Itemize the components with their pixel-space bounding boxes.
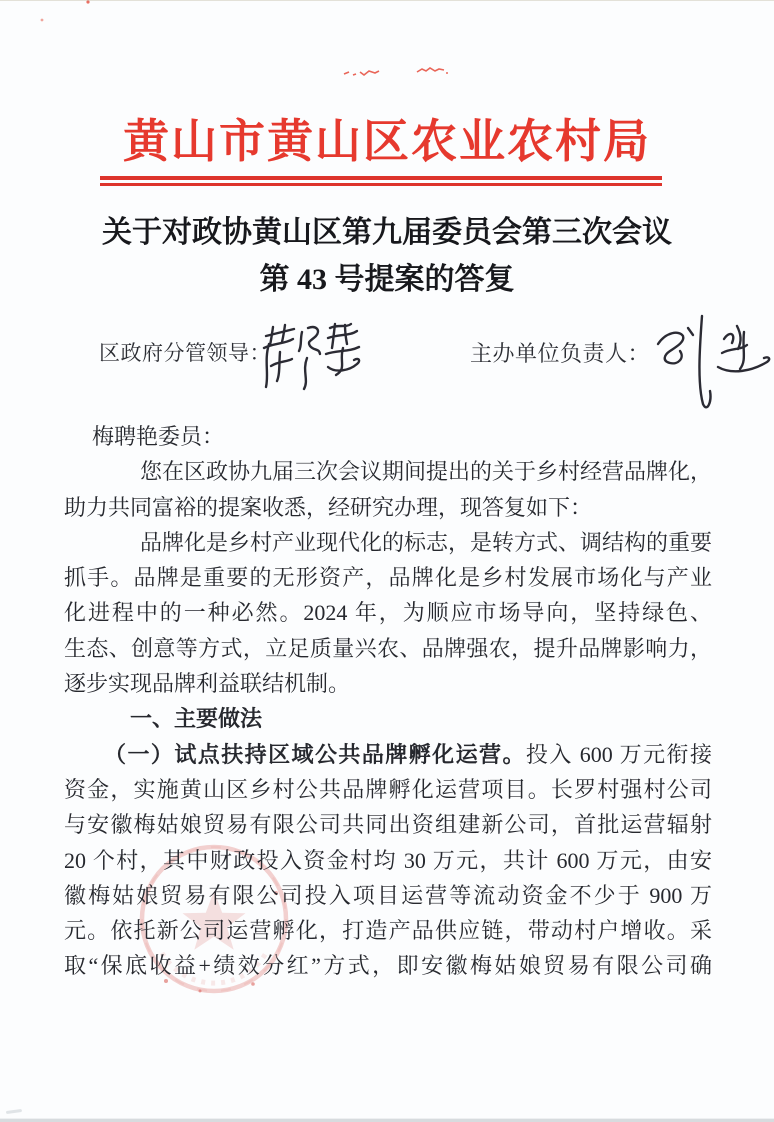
body-line: 一、主要做法: [64, 701, 712, 736]
body-segment: 化进程中的一种必然。2024 年，为顺应市场导向，坚持绿色、: [64, 600, 712, 625]
responsible-person-label: 主办单位负责人：: [470, 337, 650, 368]
body-line: 您在区政协九届三次会议期间提出的关于乡村经营品牌化，: [64, 454, 712, 489]
body-line: 助力共同富裕的提案收悉，经研究办理，现答复如下：: [64, 490, 712, 525]
body-line: 元。依托新公司运营孵化，打造产品供应链，带动村户增收。采: [64, 913, 712, 948]
body-segment: 投入 600 万元衔接: [526, 742, 712, 767]
handwritten-signature-left: [258, 314, 370, 398]
body-segment: 逐步实现品牌利益联结机制。: [64, 671, 350, 696]
body-segment: 生态、创意等方式，立足质量兴农、品牌强农，提升品牌影响力，: [64, 636, 712, 661]
letterhead-title: 黄山市黄山区农业农村局: [0, 117, 774, 167]
body-line: 20 个村，其中财政投入资金村均 30 万元，共计 600 万元，由安: [64, 843, 712, 878]
body-segment: 助力共同富裕的提案收悉，经研究办理，现答复如下：: [64, 495, 592, 520]
body-segment: 抓手。品牌是重要的无形资产，品牌化是乡村发展市场化与产业: [64, 565, 712, 590]
body-segment: 取“保底收益+绩效分红”方式，即安徽梅姑娘贸易有限公司确: [64, 953, 712, 978]
document-title-line1: 关于对政协黄山区第九届委员会第三次会议: [0, 209, 774, 256]
body-segment: 您在区政协九届三次会议期间提出的关于乡村经营品牌化，: [140, 459, 712, 484]
letterhead-double-rule: [100, 176, 662, 186]
body-text: 梅聘艳委员：您在区政协九届三次会议期间提出的关于乡村经营品牌化，助力共同富裕的提…: [64, 419, 712, 984]
body-segment-bold: 一、主要做法: [130, 706, 262, 731]
body-line: （一）试点扶持区域公共品牌孵化运营。投入 600 万元衔接: [64, 737, 712, 772]
body-line: 徽梅姑娘贸易有限公司投入项目运营等流动资金不少于 900 万: [64, 878, 712, 913]
body-line: 资金，实施黄山区乡村公共品牌孵化运营项目。长罗村强村公司: [64, 772, 712, 807]
document-title-line2: 第 43 号提案的答复: [0, 256, 774, 303]
document-title: 关于对政协黄山区第九届委员会第三次会议 第 43 号提案的答复: [0, 209, 774, 303]
body-line: 取“保底收益+绩效分红”方式，即安徽梅姑娘贸易有限公司确: [64, 948, 712, 983]
rule-thin: [100, 183, 662, 186]
body-line: 逐步实现品牌利益联结机制。: [64, 666, 712, 701]
scan-smudge: [6, 1109, 22, 1114]
body-line: 抓手。品牌是重要的无形资产，品牌化是乡村发展市场化与产业: [64, 560, 712, 595]
body-segment: 20 个村，其中财政投入资金村均 30 万元，共计 600 万元，由安: [64, 848, 712, 873]
rule-thick: [100, 176, 662, 180]
body-line: 生态、创意等方式，立足质量兴农、品牌强农，提升品牌影响力，: [64, 631, 712, 666]
supervising-leader-label: 区政府分管领导：: [99, 337, 271, 367]
red-ink-marks: [0, 0, 774, 100]
body-segment: 与安徽梅姑娘贸易有限公司共同出资组建新公司，首批运营辐射: [64, 812, 712, 837]
body-segment: 徽梅姑娘贸易有限公司投入项目运营等流动资金不少于 900 万: [64, 883, 712, 908]
body-segment: 元。依托新公司运营孵化，打造产品供应链，带动村户增收。采: [64, 918, 712, 943]
body-segment: 梅聘艳委员：: [92, 424, 224, 449]
body-segment: 品牌化是乡村产业现代化的标志，是转方式、调结构的重要: [140, 530, 712, 555]
body-segment: 资金，实施黄山区乡村公共品牌孵化运营项目。长罗村强村公司: [64, 777, 712, 802]
body-line: 梅聘艳委员：: [64, 419, 712, 454]
body-line: 与安徽梅姑娘贸易有限公司共同出资组建新公司，首批运营辐射: [64, 807, 712, 842]
body-line: 品牌化是乡村产业现代化的标志，是转方式、调结构的重要: [64, 525, 712, 560]
handwritten-signature-right: [640, 304, 772, 418]
scan-bottom-edge-highlight: [0, 1118, 774, 1119]
body-segment-bold: （一）试点扶持区域公共品牌孵化运营。: [104, 742, 526, 767]
body-line: 化进程中的一种必然。2024 年，为顺应市场导向，坚持绿色、: [64, 595, 712, 630]
